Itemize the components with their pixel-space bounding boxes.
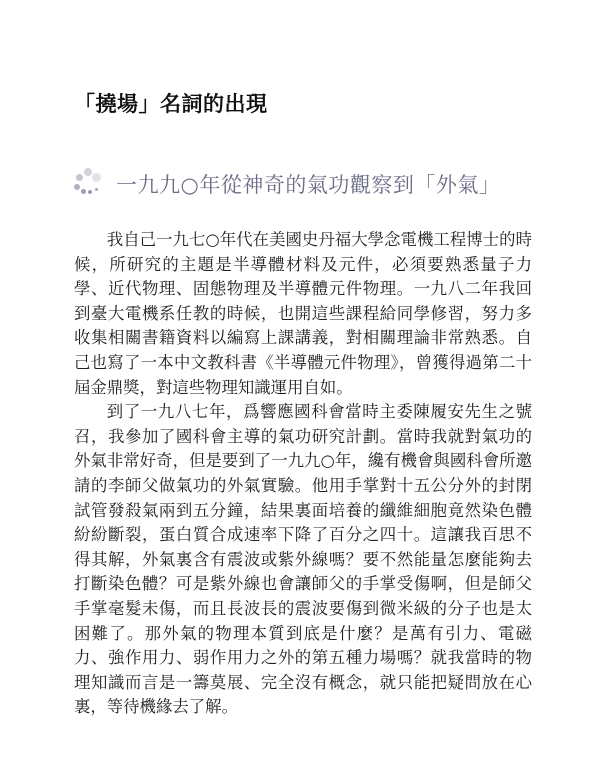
paragraph: 我自己一九七○年代在美國史丹福大學念電機工程博士的時候，所研究的主題是半導體材料… — [74, 228, 532, 400]
decorative-dots-icon — [72, 168, 114, 200]
chapter-title: 「撓場」名詞的出現 — [74, 88, 268, 118]
section-heading: 一九九○年從神奇的氣功觀察到「外氣」 — [72, 168, 500, 200]
section-title: 一九九○年從神奇的氣功觀察到「外氣」 — [116, 169, 500, 199]
body-text: 我自己一九七○年代在美國史丹福大學念電機工程博士的時候，所研究的主題是半導體材料… — [74, 228, 532, 720]
paragraph: 到了一九八七年，爲響應國科會當時主委陳履安先生之號召，我參加了國科會主導的氣功研… — [74, 400, 532, 720]
